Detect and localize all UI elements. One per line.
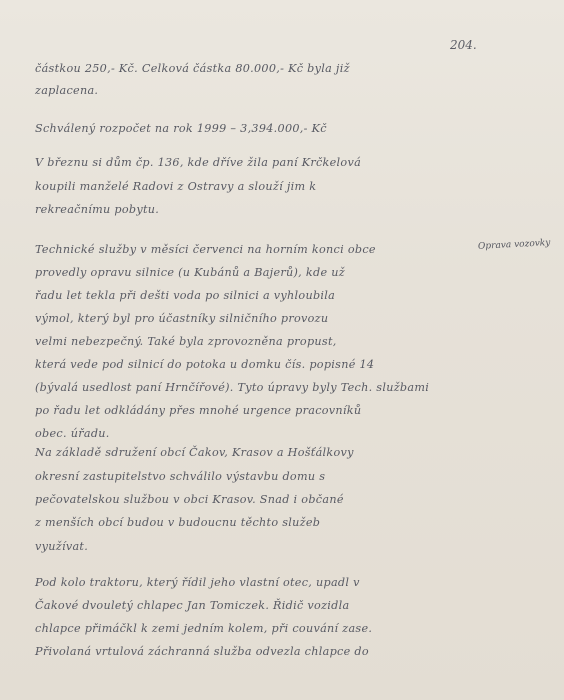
text-line: chlapce přimáčkl k zemi jedním kolem, př… [35,622,372,635]
text-line: okresní zastupitelstvo schválilo výstavb… [35,470,325,483]
text-line: po řadu let odkládány přes mnohé urgence… [35,404,361,417]
text-line: řadu let tekla při dešti voda po silnici… [35,289,335,302]
text-line: z menších obcí budou v budoucnu těchto s… [35,516,320,529]
text-line: Přivolaná vrtulová záchranná služba odve… [35,645,369,658]
text-line: V březnu si dům čp. 136, kde dříve žila … [35,156,361,169]
text-line: rekreačnímu pobytu. [35,203,159,216]
handwritten-page: 204. Oprava vozovky částkou 250,- Kč. Ce… [0,0,564,700]
text-line: Na základě sdružení obcí Čakov, Krasov a… [35,446,354,459]
text-line: která vede pod silnicí do potoka u domku… [35,358,374,371]
text-line: Schválený rozpočet na rok 1999 – 3,394.0… [35,122,327,135]
page-number: 204. [450,38,477,52]
text-line: využívat. [35,540,88,553]
text-line: Pod kolo traktoru, který řídil jeho vlas… [35,576,360,589]
text-line: velmi nebezpečný. Také byla zprovozněna … [35,335,337,348]
text-line: koupili manželé Radovi z Ostravy a slouž… [35,180,316,193]
text-line: Čakové dvouletý chlapec Jan Tomiczek. Ři… [35,599,349,612]
text-line: obec. úřadu. [35,427,110,440]
text-line: částkou 250,- Kč. Celková částka 80.000,… [35,62,350,75]
text-line: provedly opravu silnice (u Kubánů a Baje… [35,266,345,279]
margin-note: Oprava vozovky [478,238,551,252]
text-line: zaplacena. [35,84,98,97]
text-line: pečovatelskou službou v obci Krasov. Sna… [35,493,344,506]
text-line: (bývalá usedlost paní Hrnčířové). Tyto ú… [35,381,429,394]
text-line: Technické služby v měsíci červenci na ho… [35,243,376,256]
text-line: výmol, který byl pro účastníky silničníh… [35,312,328,325]
